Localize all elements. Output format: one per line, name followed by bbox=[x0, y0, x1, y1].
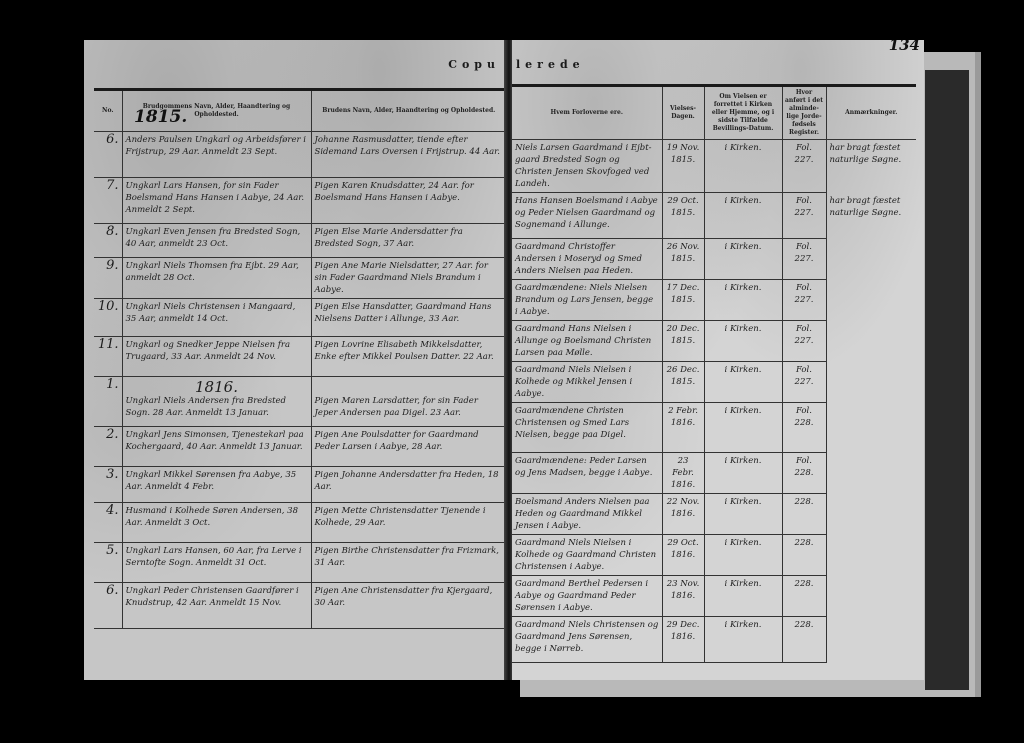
table-row: 11.Ungkarl og Snedker Jeppe Nielsen fra … bbox=[94, 336, 506, 376]
bride-text: Pigen Ane Christensdatter fra Kjergaard,… bbox=[315, 586, 493, 608]
register-cell: 228. bbox=[782, 494, 826, 535]
groom-cell: Ungkarl Niels Christensen i Mangaard, 35… bbox=[122, 298, 311, 336]
groom-cell: Husmand i Kolhede Søren Andersen, 38 Aar… bbox=[122, 502, 311, 542]
place-cell: i Kirken. bbox=[704, 403, 782, 453]
column-header-groom: Brudgommens Navn, Alder, Haandtering og … bbox=[122, 91, 311, 131]
groom-cell: Ungkarl Jens Simonsen, Tjenestekarl paa … bbox=[122, 426, 311, 466]
bride-text: Pigen Else Marie Andersdatter fra Bredst… bbox=[315, 227, 463, 249]
register-cell: Fol. 227. bbox=[782, 280, 826, 321]
groom-cell: Ungkarl Even Jensen fra Bredsted Sogn, 4… bbox=[122, 223, 311, 257]
year-label: 1816. bbox=[126, 379, 308, 395]
groom-text: Ungkarl Jens Simonsen, Tjenestekarl paa … bbox=[126, 430, 304, 452]
table-row: 6.Anders Paulsen Ungkarl og Arbeidsfører… bbox=[94, 131, 506, 177]
entry-number: 2. bbox=[94, 426, 122, 466]
remarks-cell bbox=[826, 494, 916, 535]
bride-cell: Pigen Ane Marie Nielsdatter, 27 Aar. for… bbox=[311, 257, 506, 298]
place-cell: i Kirken. bbox=[704, 280, 782, 321]
place-cell: i Kirken. bbox=[704, 140, 782, 193]
table-row: 9.Ungkarl Niels Thomsen fra Ejbt. 29 Aar… bbox=[94, 257, 506, 298]
register-cell: 228. bbox=[782, 617, 826, 663]
table-row: 1.1816.Ungkarl Niels Andersen fra Bredst… bbox=[94, 376, 506, 426]
groom-cell: Ungkarl Niels Thomsen fra Ejbt. 29 Aar, … bbox=[122, 257, 311, 298]
bride-cell: Johanne Rasmusdatter, tiende efter Sidem… bbox=[311, 131, 506, 177]
place-cell: i Kirken. bbox=[704, 362, 782, 403]
register-cell: Fol. 227. bbox=[782, 321, 826, 362]
column-header-remarks: Anmærkninger. bbox=[826, 87, 916, 140]
date-cell: 2 Febr. 1816. bbox=[662, 403, 704, 453]
date-cell: 23 Nov. 1816. bbox=[662, 576, 704, 617]
groom-cell: Ungkarl Peder Christensen Gaardfører i K… bbox=[122, 582, 311, 628]
date-cell: 20 Dec. 1815. bbox=[662, 321, 704, 362]
register-cell: 228. bbox=[782, 535, 826, 576]
bride-cell: Pigen Maren Larsdatter, for sin Fader Je… bbox=[311, 376, 506, 426]
bride-text: Pigen Karen Knudsdatter, 24 Aar. for Boe… bbox=[315, 181, 474, 203]
date-cell: 19 Nov. 1815. bbox=[662, 140, 704, 193]
witnesses-cell: Gaardmand Christoffer Andersen i Moseryd… bbox=[512, 239, 662, 280]
date-cell: 29 Oct. 1815. bbox=[662, 193, 704, 239]
witnesses-cell: Niels Larsen Gaardmand i Ejbt-gaard Bred… bbox=[512, 140, 662, 193]
entry-number: 4. bbox=[94, 502, 122, 542]
section-title-right: lerede bbox=[516, 58, 585, 71]
column-header-witnesses: Hvem Forloverne ere. bbox=[512, 87, 662, 140]
place-cell: i Kirken. bbox=[704, 193, 782, 239]
section-title-left: Copu bbox=[448, 58, 500, 71]
date-cell: 22 Nov. 1816. bbox=[662, 494, 704, 535]
date-cell: 17 Dec. 1815. bbox=[662, 280, 704, 321]
register-book: Copu No. Brudgommens Navn, Alder, Haandt… bbox=[84, 40, 924, 680]
column-header-no: No. bbox=[94, 91, 122, 131]
witness-date-table: Hvem Forloverne ere. Vielses-Dagen. Om V… bbox=[512, 87, 916, 663]
groom-text: Ungkarl Niels Thomsen fra Ejbt. 29 Aar, … bbox=[126, 261, 299, 283]
date-cell: 23 Febr. 1816. bbox=[662, 453, 704, 494]
place-cell: i Kirken. bbox=[704, 239, 782, 280]
register-cell: Fol. 228. bbox=[782, 453, 826, 494]
groom-text: Husmand i Kolhede Søren Andersen, 38 Aar… bbox=[126, 506, 299, 528]
witnesses-cell: Gaardmand Hans Nielsen i Allunge og Boel… bbox=[512, 321, 662, 362]
bride-cell: Pigen Ane Poulsdatter for Gaardmand Pede… bbox=[311, 426, 506, 466]
remarks-cell bbox=[826, 280, 916, 321]
witnesses-cell: Hans Hansen Boelsmand i Aabye og Peder N… bbox=[512, 193, 662, 239]
groom-text: Ungkarl Mikkel Sørensen fra Aabye, 35 Aa… bbox=[126, 470, 297, 492]
table-row: Niels Larsen Gaardmand i Ejbt-gaard Bred… bbox=[512, 140, 916, 193]
bride-cell: Pigen Lovrine Elisabeth Mikkelsdatter, E… bbox=[311, 336, 506, 376]
register-cell: Fol. 227. bbox=[782, 193, 826, 239]
groom-text: Ungkarl Peder Christensen Gaardfører i K… bbox=[126, 586, 299, 608]
groom-text: Ungkarl Lars Hansen, for sin Fader Boels… bbox=[126, 181, 305, 215]
place-cell: i Kirken. bbox=[704, 576, 782, 617]
entry-number: 7. bbox=[94, 177, 122, 223]
bride-cell: Pigen Mette Christensdatter Tjenende i K… bbox=[311, 502, 506, 542]
page-number: 134 bbox=[889, 40, 920, 54]
bride-text: Pigen Else Hansdatter, Gaardmand Hans Ni… bbox=[315, 302, 492, 324]
table-row: Gaardmand Hans Nielsen i Allunge og Boel… bbox=[512, 321, 916, 362]
witnesses-cell: Gaardmændene: Peder Larsen og Jens Madse… bbox=[512, 453, 662, 494]
bride-text: Pigen Maren Larsdatter, for sin Fader Je… bbox=[315, 396, 478, 418]
register-cell: Fol. 227. bbox=[782, 239, 826, 280]
left-table-body: 6.Anders Paulsen Ungkarl og Arbeidsfører… bbox=[94, 131, 506, 628]
witnesses-cell: Gaardmand Niels Nielsen i Kolhede og Gaa… bbox=[512, 535, 662, 576]
date-cell: 29 Dec. 1816. bbox=[662, 617, 704, 663]
page-stack-shadow bbox=[925, 70, 969, 690]
place-cell: i Kirken. bbox=[704, 321, 782, 362]
groom-cell: Ungkarl Lars Hansen, for sin Fader Boels… bbox=[122, 177, 311, 223]
year-spacer bbox=[315, 379, 504, 395]
table-row: Gaardmand Niels Nielsen i Kolhede og Gaa… bbox=[512, 535, 916, 576]
table-row: 4.Husmand i Kolhede Søren Andersen, 38 A… bbox=[94, 502, 506, 542]
witnesses-cell: Boelsmand Anders Nielsen paa Heden og Ga… bbox=[512, 494, 662, 535]
bride-text: Pigen Birthe Christensdatter fra Frizmar… bbox=[315, 546, 499, 568]
bride-cell: Pigen Birthe Christensdatter fra Frizmar… bbox=[311, 542, 506, 582]
entry-number: 10. bbox=[94, 298, 122, 336]
right-page: lerede 134 Hvem Forloverne ere. Vielses-… bbox=[512, 40, 924, 680]
bride-text: Pigen Ane Marie Nielsdatter, 27 Aar. for… bbox=[315, 261, 488, 295]
table-row: 7.Ungkarl Lars Hansen, for sin Fader Boe… bbox=[94, 177, 506, 223]
table-row: Hans Hansen Boelsmand i Aabye og Peder N… bbox=[512, 193, 916, 239]
entry-number: 6. bbox=[94, 582, 122, 628]
bride-text: Pigen Johanne Andersdatter fra Heden, 18… bbox=[315, 470, 499, 492]
column-header-place: Om Vielsen er forrettet i Kirken eller H… bbox=[704, 87, 782, 140]
table-row: 10.Ungkarl Niels Christensen i Mangaard,… bbox=[94, 298, 506, 336]
witnesses-cell: Gaardmændene Christen Christensen og Sme… bbox=[512, 403, 662, 453]
table-row: Gaardmændene: Niels Nielsen Brandum og L… bbox=[512, 280, 916, 321]
entry-number: 5. bbox=[94, 542, 122, 582]
witnesses-cell: Gaardmændene: Niels Nielsen Brandum og L… bbox=[512, 280, 662, 321]
register-cell: Fol. 227. bbox=[782, 140, 826, 193]
remarks-cell: har bragt fæstet naturlige Søgne. bbox=[826, 193, 916, 239]
table-row: Gaardmand Niels Nielsen i Kolhede og Mik… bbox=[512, 362, 916, 403]
place-cell: i Kirken. bbox=[704, 494, 782, 535]
groom-cell: Anders Paulsen Ungkarl og Arbeidsfører i… bbox=[122, 131, 311, 177]
register-cell: Fol. 227. bbox=[782, 362, 826, 403]
bride-cell: Pigen Ane Christensdatter fra Kjergaard,… bbox=[311, 582, 506, 628]
witnesses-cell: Gaardmand Berthel Pedersen i Aabye og Ga… bbox=[512, 576, 662, 617]
groom-cell: Ungkarl Mikkel Sørensen fra Aabye, 35 Aa… bbox=[122, 466, 311, 502]
table-row: 8.Ungkarl Even Jensen fra Bredsted Sogn,… bbox=[94, 223, 506, 257]
table-row: Gaardmand Niels Christensen og Gaardmand… bbox=[512, 617, 916, 663]
place-cell: i Kirken. bbox=[704, 617, 782, 663]
bride-text: Johanne Rasmusdatter, tiende efter Sidem… bbox=[315, 135, 500, 157]
remarks-cell bbox=[826, 576, 916, 617]
bride-text: Pigen Ane Poulsdatter for Gaardmand Pede… bbox=[315, 430, 479, 452]
column-header-bride: Brudens Navn, Alder, Haandtering og Opho… bbox=[311, 91, 506, 131]
groom-text: Ungkarl Niels Andersen fra Bredsted Sogn… bbox=[126, 396, 286, 418]
bride-cell: Pigen Else Hansdatter, Gaardmand Hans Ni… bbox=[311, 298, 506, 336]
date-cell: 26 Nov. 1815. bbox=[662, 239, 704, 280]
table-row: 6.Ungkarl Peder Christensen Gaardfører i… bbox=[94, 582, 506, 628]
remarks-cell bbox=[826, 617, 916, 663]
groom-text: Ungkarl Niels Christensen i Mangaard, 35… bbox=[126, 302, 296, 324]
table-row: Gaardmændene: Peder Larsen og Jens Madse… bbox=[512, 453, 916, 494]
remarks-cell bbox=[826, 403, 916, 453]
remarks-cell bbox=[826, 321, 916, 362]
column-header-register: Hvor anført i det alminde-lige Jorde-fød… bbox=[782, 87, 826, 140]
remarks-cell bbox=[826, 453, 916, 494]
groom-cell: 1816.Ungkarl Niels Andersen fra Bredsted… bbox=[122, 376, 311, 426]
bride-cell: Pigen Karen Knudsdatter, 24 Aar. for Boe… bbox=[311, 177, 506, 223]
bride-cell: Pigen Else Marie Andersdatter fra Bredst… bbox=[311, 223, 506, 257]
remarks-cell bbox=[826, 535, 916, 576]
place-cell: i Kirken. bbox=[704, 535, 782, 576]
bride-cell: Pigen Johanne Andersdatter fra Heden, 18… bbox=[311, 466, 506, 502]
groom-text: Anders Paulsen Ungkarl og Arbeidsfører i… bbox=[126, 135, 306, 157]
witnesses-cell: Gaardmand Niels Christensen og Gaardmand… bbox=[512, 617, 662, 663]
entry-number: 8. bbox=[94, 223, 122, 257]
groom-text: Ungkarl og Snedker Jeppe Nielsen fra Tru… bbox=[126, 340, 291, 362]
column-header-date: Vielses-Dagen. bbox=[662, 87, 704, 140]
groom-bride-table: No. Brudgommens Navn, Alder, Haandtering… bbox=[94, 91, 506, 629]
entry-number: 1. bbox=[94, 376, 122, 426]
entry-number: 3. bbox=[94, 466, 122, 502]
table-row: Gaardmand Berthel Pedersen i Aabye og Ga… bbox=[512, 576, 916, 617]
right-table-body: Niels Larsen Gaardmand i Ejbt-gaard Bred… bbox=[512, 140, 916, 663]
register-cell: Fol. 228. bbox=[782, 403, 826, 453]
remarks-cell bbox=[826, 362, 916, 403]
table-row: Gaardmændene Christen Christensen og Sme… bbox=[512, 403, 916, 453]
table-row: 3.Ungkarl Mikkel Sørensen fra Aabye, 35 … bbox=[94, 466, 506, 502]
groom-text: Ungkarl Lars Hansen, 60 Aar, fra Lerve i… bbox=[126, 546, 302, 568]
left-page: Copu No. Brudgommens Navn, Alder, Haandt… bbox=[84, 40, 506, 680]
remarks-cell bbox=[826, 239, 916, 280]
table-row: Gaardmand Christoffer Andersen i Moseryd… bbox=[512, 239, 916, 280]
witnesses-cell: Gaardmand Niels Nielsen i Kolhede og Mik… bbox=[512, 362, 662, 403]
year-label-1815: 1815. bbox=[134, 113, 187, 121]
entry-number: 9. bbox=[94, 257, 122, 298]
date-cell: 29 Oct. 1816. bbox=[662, 535, 704, 576]
bride-text: Pigen Mette Christensdatter Tjenende i K… bbox=[315, 506, 486, 528]
table-row: 5.Ungkarl Lars Hansen, 60 Aar, fra Lerve… bbox=[94, 542, 506, 582]
entry-number: 6. bbox=[94, 131, 122, 177]
place-cell: i Kirken. bbox=[704, 453, 782, 494]
entry-number: 11. bbox=[94, 336, 122, 376]
date-cell: 26 Dec. 1815. bbox=[662, 362, 704, 403]
table-row: Boelsmand Anders Nielsen paa Heden og Ga… bbox=[512, 494, 916, 535]
bride-text: Pigen Lovrine Elisabeth Mikkelsdatter, E… bbox=[315, 340, 494, 362]
table-row: 2.Ungkarl Jens Simonsen, Tjenestekarl pa… bbox=[94, 426, 506, 466]
groom-cell: Ungkarl og Snedker Jeppe Nielsen fra Tru… bbox=[122, 336, 311, 376]
groom-cell: Ungkarl Lars Hansen, 60 Aar, fra Lerve i… bbox=[122, 542, 311, 582]
register-cell: 228. bbox=[782, 576, 826, 617]
remarks-cell: har bragt fæstet naturlige Søgne. bbox=[826, 140, 916, 193]
groom-text: Ungkarl Even Jensen fra Bredsted Sogn, 4… bbox=[126, 227, 301, 249]
